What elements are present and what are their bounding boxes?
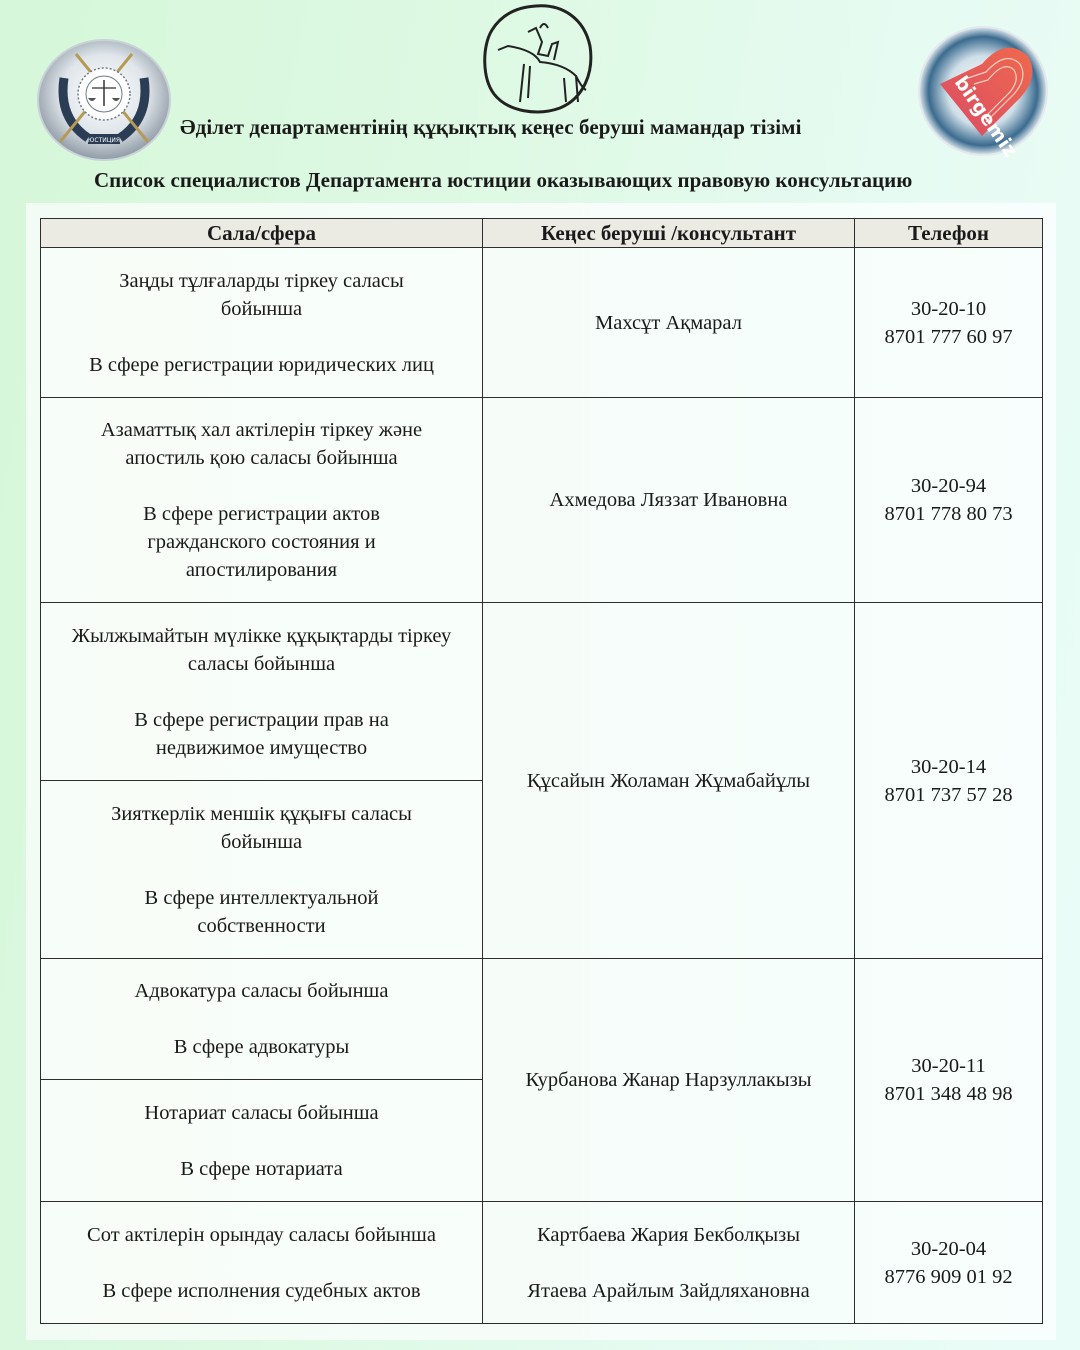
field-ru: В сфере нотариата <box>49 1155 474 1183</box>
phone-mobile: 8701 777 60 97 <box>863 323 1034 351</box>
birgemiz-heart-icon: birgemiz <box>916 24 1050 158</box>
field-kz: Адвокатура саласы бойынша <box>49 977 474 1005</box>
field-ru: В сфере регистрации юридических лиц <box>49 351 474 379</box>
field-cell: Зияткерлік меншік құқығы саласы бойынша … <box>41 781 483 959</box>
field-ru: В сфере регистрации прав на недвижимое и… <box>49 706 474 762</box>
consultant-cell: Құсайын Жоламан Жұмабайұлы <box>483 603 855 959</box>
field-cell: Сот актілерін орындау саласы бойынша В с… <box>41 1202 483 1324</box>
svg-text:ЮСТИЦИЯ: ЮСТИЦИЯ <box>88 137 120 144</box>
consultant-name: Махсұт Ақмарал <box>491 309 846 337</box>
phone-mobile: 8701 737 57 28 <box>863 781 1034 809</box>
phone-mobile: 8701 778 80 73 <box>863 500 1034 528</box>
field-kz: Нотариат саласы бойынша <box>49 1099 474 1127</box>
field-cell: Жылжымайтын мүлікке құқықтарды тіркеу са… <box>41 603 483 781</box>
field-cell: Нотариат саласы бойынша В сфере нотариат… <box>41 1080 483 1202</box>
consultant-name: Ахмедова Ляззат Ивановна <box>491 486 846 514</box>
column-header-field: Сала/сфера <box>41 219 483 248</box>
title-russian: Список специалистов Департамента юстиции… <box>94 168 1054 193</box>
field-kz: Азаматтық хал актілерін тіркеу және апос… <box>49 416 474 472</box>
consultants-table: Сала/сфера Кеңес беруші /консультант Тел… <box>40 218 1043 1324</box>
consultant-cell: Курбанова Жанар Нарзуллакызы <box>483 959 855 1202</box>
field-cell: Адвокатура саласы бойынша В сфере адвока… <box>41 959 483 1080</box>
phone-office: 30-20-11 <box>863 1052 1034 1080</box>
horse-rider-emblem-icon <box>478 2 596 116</box>
field-ru: В сфере исполнения судебных актов <box>49 1277 474 1305</box>
field-kz: Сот актілерін орындау саласы бойынша <box>49 1221 474 1249</box>
field-ru: В сфере адвокатуры <box>49 1033 474 1061</box>
table-row: Азаматтық хал актілерін тіркеу және апос… <box>41 398 1043 603</box>
phone-mobile: 8701 348 48 98 <box>863 1080 1034 1108</box>
column-header-consultant: Кеңес беруші /консультант <box>483 219 855 248</box>
consultant-cell: Махсұт Ақмарал <box>483 248 855 398</box>
column-header-phone: Телефон <box>855 219 1043 248</box>
phone-cell: 30-20-04 8776 909 01 92 <box>855 1202 1043 1324</box>
table-header-row: Сала/сфера Кеңес беруші /консультант Тел… <box>41 219 1043 248</box>
phone-cell: 30-20-14 8701 737 57 28 <box>855 603 1043 959</box>
phone-mobile: 8776 909 01 92 <box>863 1263 1034 1291</box>
field-kz: Зияткерлік меншік құқығы саласы бойынша <box>49 800 474 856</box>
phone-office: 30-20-94 <box>863 472 1034 500</box>
field-kz: Жылжымайтын мүлікке құқықтарды тіркеу са… <box>49 622 474 678</box>
consultant-cell: Ахмедова Ляззат Ивановна <box>483 398 855 603</box>
consultant-cell: Картбаева Жария Бекболқызы Ятаева Арайлы… <box>483 1202 855 1324</box>
field-ru: В сфере регистрации актов гражданского с… <box>49 500 474 584</box>
table-row: Заңды тұлғаларды тіркеу саласы бойынша В… <box>41 248 1043 398</box>
title-kazakh: Әділет департаментінің құқықтық кеңес бе… <box>180 115 900 140</box>
consultant-name: Ятаева Арайлым Зайдляхановна <box>491 1277 846 1305</box>
consultant-name: Құсайын Жоламан Жұмабайұлы <box>491 767 846 795</box>
consultant-name: Картбаева Жария Бекболқызы <box>491 1221 846 1249</box>
field-cell: Заңды тұлғаларды тіркеу саласы бойынша В… <box>41 248 483 398</box>
phone-office: 30-20-10 <box>863 295 1034 323</box>
field-kz: Заңды тұлғаларды тіркеу саласы бойынша <box>49 267 474 323</box>
field-cell: Азаматтық хал актілерін тіркеу және апос… <box>41 398 483 603</box>
table-row: Сот актілерін орындау саласы бойынша В с… <box>41 1202 1043 1324</box>
field-ru: В сфере интеллектуальной собственности <box>49 884 474 940</box>
phone-cell: 30-20-94 8701 778 80 73 <box>855 398 1043 603</box>
consultant-name: Курбанова Жанар Нарзуллакызы <box>491 1066 846 1094</box>
table-row: Адвокатура саласы бойынша В сфере адвока… <box>41 959 1043 1080</box>
phone-office: 30-20-14 <box>863 753 1034 781</box>
phone-cell: 30-20-11 8701 348 48 98 <box>855 959 1043 1202</box>
table-row: Жылжымайтын мүлікке құқықтарды тіркеу са… <box>41 603 1043 781</box>
justice-emblem-icon: ЮСТИЦИЯ <box>36 38 172 162</box>
phone-cell: 30-20-10 8701 777 60 97 <box>855 248 1043 398</box>
phone-office: 30-20-04 <box>863 1235 1034 1263</box>
